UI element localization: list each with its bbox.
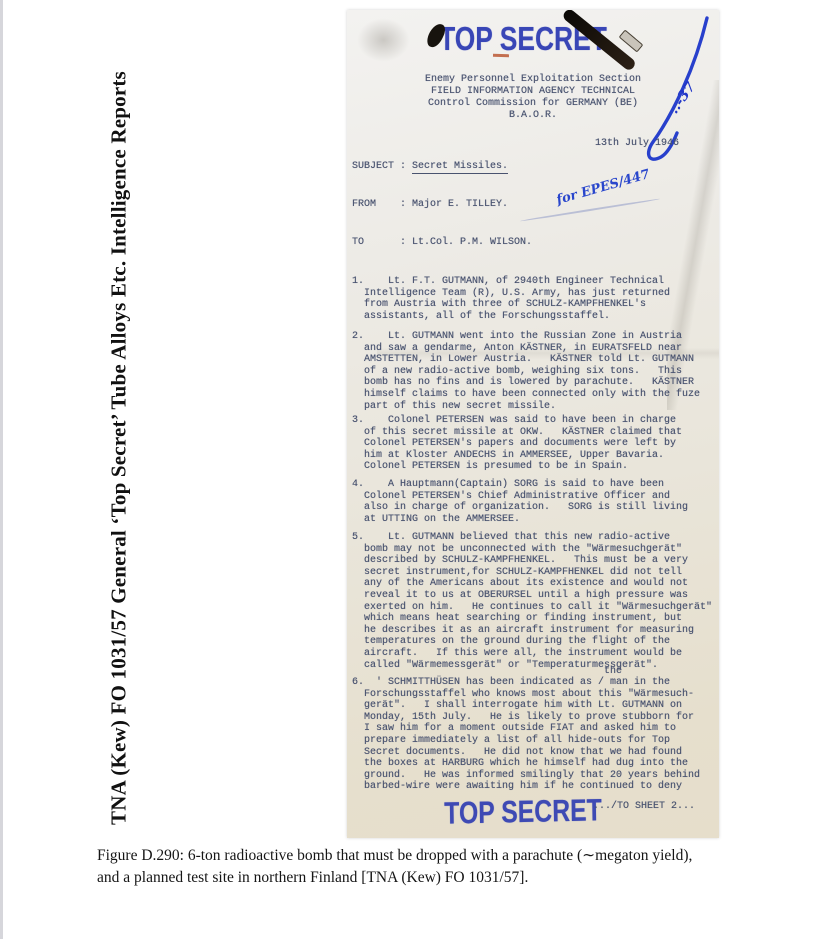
top-secret-stamp-bottom: TOP SECRET <box>382 791 664 833</box>
from-value: Major E. TILLEY. <box>412 199 508 210</box>
typed-line: from Austria with three of SCHULZ-KAMPFH… <box>352 299 670 311</box>
typed-line: 5. Lt. GUTMANN believed that this new ra… <box>352 532 712 544</box>
typed-line: and saw a gendarme, Anton KÄSTNER, in EU… <box>352 343 700 355</box>
typed-line: him at Kloster ANDECHS in AMMERSEE, Uppe… <box>352 450 682 462</box>
typed-line: exerted on him. He continues to call it … <box>352 602 712 614</box>
typed-line: gerät". I shall interrogate him with Lt.… <box>352 700 700 712</box>
typed-line: also in charge of organization. SORG is … <box>352 502 688 514</box>
date-line: 13th July 1946 <box>595 138 679 149</box>
inserted-word: the <box>593 666 633 677</box>
signature-underline <box>520 198 661 222</box>
typed-line: assistants, all of the Forschungsstaffel… <box>352 311 670 323</box>
to-label: TO : <box>352 237 412 248</box>
typed-line: aircraft. If this were all, the instrume… <box>352 648 712 660</box>
typed-line: Intelligence Team (R), U.S. Army, has ju… <box>352 288 670 300</box>
paragraph-1: 1. Lt. F.T. GUTMANN, of 2940th Engineer … <box>352 276 670 322</box>
typed-line: which means heat searching or finding in… <box>352 613 712 625</box>
typed-line: of a new radio-active bomb, weighing six… <box>352 366 700 378</box>
typed-line: 4. A Hauptmann(Captain) SORG is said to … <box>352 479 688 491</box>
continuation-note: .../TO SHEET 2... <box>593 801 695 812</box>
paragraph-3: 3. Colonel PETERSEN was said to have bee… <box>352 415 682 473</box>
subject-value: Secret Missiles. <box>412 161 508 174</box>
archive-reference-label: TNA (Kew) FO 1031/57 General ‘Top Secret… <box>107 71 132 825</box>
typed-line: 6. ' SCHMITTHÜSEN has been indicated as … <box>352 677 700 689</box>
typed-line: Colonel PETERSEN's papers and documents … <box>352 438 682 450</box>
typed-line: himself claims to have been connected on… <box>352 389 700 401</box>
typed-line: Secret documents. He did not know that w… <box>352 747 700 759</box>
paragraph-2: 2. Lt. GUTMANN went into the Russian Zon… <box>352 331 700 412</box>
letterhead: Enemy Personnel Exploitation Section FIE… <box>347 74 719 122</box>
typed-line: temperatures on the ground during the fl… <box>352 636 712 648</box>
paragraph-6: 6. ' SCHMITTHÜSEN has been indicated as … <box>352 677 700 793</box>
letterhead-line: Enemy Personnel Exploitation Section <box>347 74 719 86</box>
subject-row: SUBJECT : Secret Missiles. <box>352 161 508 172</box>
orange-pencil-mark <box>493 54 509 58</box>
from-label: FROM : <box>352 199 412 210</box>
typed-line: prepare immediately a list of all hide-o… <box>352 735 700 747</box>
document-scan: TOP SECRET ..-37 Enemy Personnel Exploit… <box>347 10 719 838</box>
typed-line: bomb may not be unconnected with the "Wä… <box>352 544 712 556</box>
typed-line: the boxes at HARBURG which he himself ha… <box>352 758 700 770</box>
subject-label: SUBJECT : <box>352 161 412 172</box>
typed-line: Forschungsstaffel who knows most about t… <box>352 689 700 701</box>
typed-line: reveal it to us at OBERURSEL until a hig… <box>352 590 712 602</box>
typed-line: I saw him for a moment outside FIAT and … <box>352 723 700 735</box>
typed-line: ground. He was informed smilingly that 2… <box>352 770 700 782</box>
typed-line: Colonel PETERSEN's Chief Administrative … <box>352 491 688 503</box>
figure-caption: Figure D.290: 6-ton radioactive bomb tha… <box>97 845 737 889</box>
typed-line: AMSTETTEN, in Lower Austria. KÄSTNER tol… <box>352 354 700 366</box>
paragraph-5: 5. Lt. GUTMANN believed that this new ra… <box>352 532 712 671</box>
typed-line: Monday, 15th July. He is likely to prove… <box>352 712 700 724</box>
page-edge-strip <box>0 0 3 939</box>
typed-line: bomb has no fins and is lowered by parac… <box>352 377 700 389</box>
letterhead-line: B.A.O.R. <box>347 110 719 122</box>
typed-line: of this secret missile at OKW. KÄSTNER c… <box>352 427 682 439</box>
typed-line: Colonel PETERSEN is presumed to be in Sp… <box>352 461 682 473</box>
letterhead-line: Control Commission for GERMANY (BE) <box>347 98 719 110</box>
typed-line: 1. Lt. F.T. GUTMANN, of 2940th Engineer … <box>352 276 670 288</box>
paragraph-4: 4. A Hauptmann(Captain) SORG is said to … <box>352 479 688 525</box>
typed-line: secret instrument,for SCHULZ-KAMPFHENKEL… <box>352 567 712 579</box>
typed-line: described by SCHULZ-KAMPFHENKEL. This mu… <box>352 555 712 567</box>
to-row: TO : Lt.Col. P.M. WILSON. <box>352 237 532 248</box>
typed-line: he describes it as an aircraft instrumen… <box>352 625 712 637</box>
typed-line: at UTTING on the AMMERSEE. <box>352 514 688 526</box>
typed-line: called "Wärmemessgerät" or "Temperaturme… <box>352 660 712 672</box>
typed-line: 2. Lt. GUTMANN went into the Russian Zon… <box>352 331 700 343</box>
typed-line: any of the Americans about its existence… <box>352 578 712 590</box>
typed-line: part of this new secret missile. <box>352 401 700 413</box>
figure-caption-line1: Figure D.290: 6-ton radioactive bomb tha… <box>97 845 737 867</box>
figure-caption-line2: and a planned test site in northern Finl… <box>97 867 737 889</box>
letterhead-line: FIELD INFORMATION AGENCY TECHNICAL <box>347 86 719 98</box>
typed-line: 3. Colonel PETERSEN was said to have bee… <box>352 415 682 427</box>
to-value: Lt.Col. P.M. WILSON. <box>412 237 532 248</box>
from-row: FROM : Major E. TILLEY. <box>352 199 508 210</box>
